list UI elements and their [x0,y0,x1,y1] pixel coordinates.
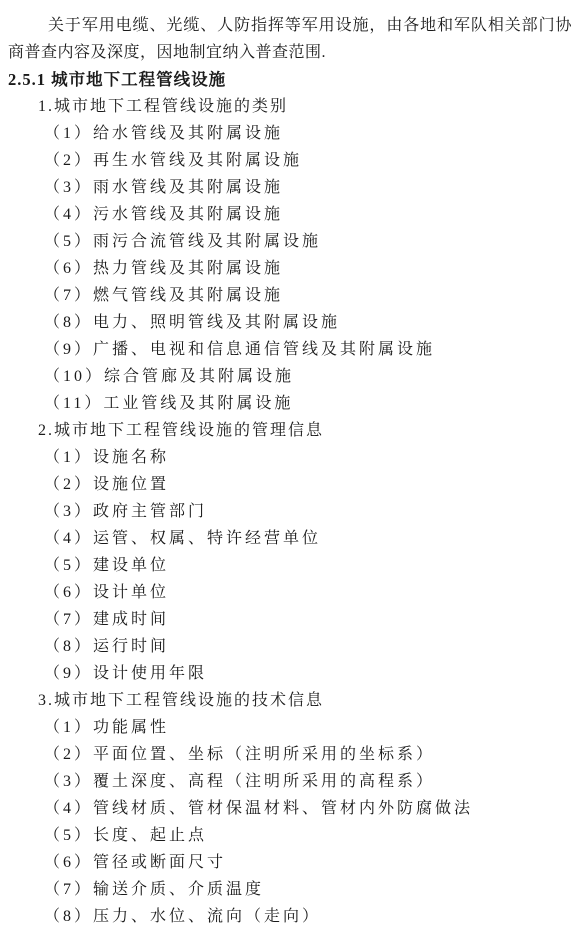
list-item: （9）设计使用年限 [8,660,572,687]
list-item: （4）污水管线及其附属设施 [8,201,572,228]
list-item: （9）广播、电视和信息通信管线及其附属设施 [8,336,572,363]
subsection-title-technical-info: 3.城市地下工程管线设施的技术信息 [8,687,572,714]
list-item: （5）雨污合流管线及其附属设施 [8,228,572,255]
list-item: （10）综合管廊及其附属设施 [8,363,572,390]
list-item: （2）设施位置 [8,471,572,498]
list-item: （1）设施名称 [8,444,572,471]
list-item: （3）覆土深度、高程（注明所采用的高程系） [8,768,572,795]
list-item: （6）设计单位 [8,579,572,606]
list-item: （7）输送介质、介质温度 [8,876,572,903]
list-item: （8）运行时间 [8,633,572,660]
list-item: （4）管线材质、管材保温材料、管材内外防腐做法 [8,795,572,822]
list-item: （4）运管、权属、特许经营单位 [8,525,572,552]
list-item: （3）雨水管线及其附属设施 [8,174,572,201]
subsection-title-management-info: 2.城市地下工程管线设施的管理信息 [8,417,572,444]
list-item: （6）热力管线及其附属设施 [8,255,572,282]
section-heading: 2.5.1 城市地下工程管线设施 [8,66,572,93]
list-item: （11）工业管线及其附属设施 [8,390,572,417]
list-item: （8）电力、照明管线及其附属设施 [8,309,572,336]
list-item: （1）功能属性 [8,714,572,741]
list-item: （3）政府主管部门 [8,498,572,525]
list-item: （1）给水管线及其附属设施 [8,120,572,147]
list-item: （5）建设单位 [8,552,572,579]
list-item: （5）长度、起止点 [8,822,572,849]
list-item: （7）燃气管线及其附属设施 [8,282,572,309]
intro-paragraph: 关于军用电缆、光缆、人防指挥等军用设施，由各地和军队相关部门协商普查内容及深度，… [8,12,572,66]
document-page: 关于军用电缆、光缆、人防指挥等军用设施，由各地和军队相关部门协商普查内容及深度，… [0,0,585,925]
list-item: （2）平面位置、坐标（注明所采用的坐标系） [8,741,572,768]
list-item: （2）再生水管线及其附属设施 [8,147,572,174]
list-item: （8）压力、水位、流向（走向） [8,903,572,925]
subsection-title-categories: 1.城市地下工程管线设施的类别 [8,93,572,120]
list-item: （6）管径或断面尺寸 [8,849,572,876]
list-item: （7）建成时间 [8,606,572,633]
